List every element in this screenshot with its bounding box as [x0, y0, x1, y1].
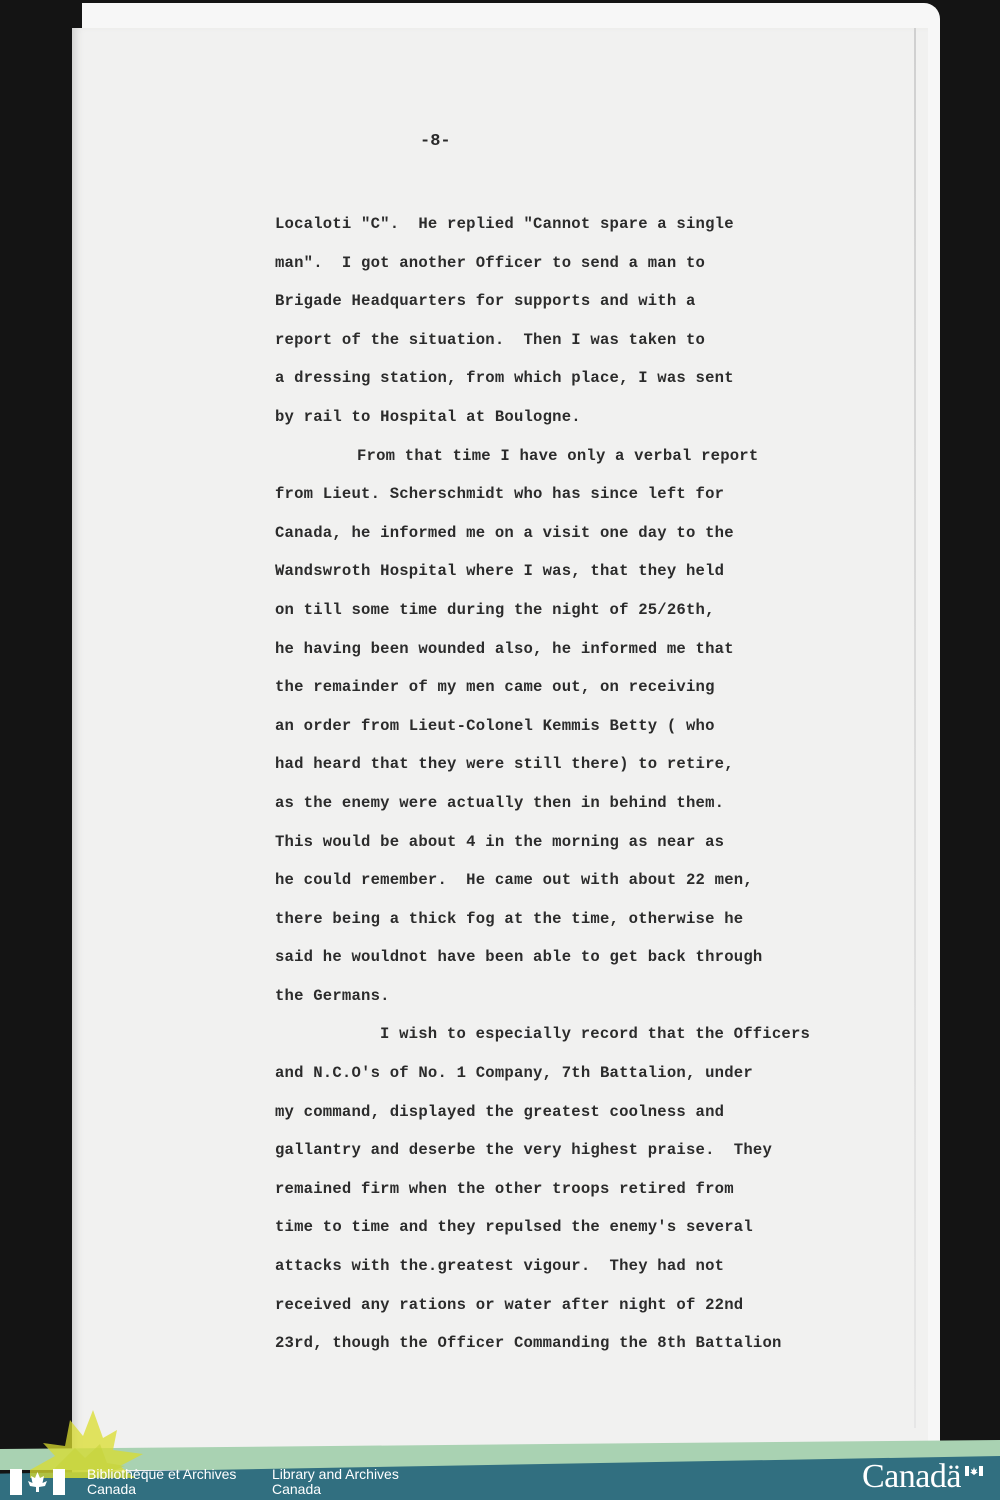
page-number: -8-: [420, 132, 451, 151]
text-line: report of the situation. Then I was take…: [275, 321, 895, 360]
text-line: a dressing station, from which place, I …: [275, 359, 895, 398]
text-line: gallantry and deserbe the very highest p…: [275, 1131, 895, 1170]
text-line: from Lieut. Scherschmidt who has since l…: [275, 475, 895, 514]
agency-fr-line1: Bibliothèque et Archives: [87, 1467, 236, 1482]
text-line: This would be about 4 in the morning as …: [275, 823, 895, 862]
canada-wordmark: Canadä: [862, 1458, 961, 1496]
text-line: he could remember. He came out with abou…: [275, 861, 895, 900]
typed-body-text: Localoti "C". He replied "Cannot spare a…: [275, 205, 895, 1363]
text-line: man". I got another Officer to send a ma…: [275, 244, 895, 283]
text-line: there being a thick fog at the time, oth…: [275, 900, 895, 939]
text-line: said he wouldnot have been able to get b…: [275, 938, 895, 977]
text-line: remained firm when the other troops reti…: [275, 1170, 895, 1209]
text-line: the Germans.: [275, 977, 895, 1016]
agency-en-line1: Library and Archives: [272, 1467, 399, 1482]
text-line: time to time and they repulsed the enemy…: [275, 1208, 895, 1247]
canada-flag-icon: [10, 1469, 65, 1495]
text-line: an order from Lieut-Colonel Kemmis Betty…: [275, 707, 895, 746]
text-line: received any rations or water after nigh…: [275, 1286, 895, 1325]
text-line: Brigade Headquarters for supports and wi…: [275, 282, 895, 321]
text-line: and N.C.O's of No. 1 Company, 7th Battal…: [275, 1054, 895, 1093]
text-line: the remainder of my men came out, on rec…: [275, 668, 895, 707]
text-line: my command, displayed the greatest cooln…: [275, 1093, 895, 1132]
wordmark-flag-icon: [965, 1466, 983, 1476]
text-line: attacks with the.greatest vigour. They h…: [275, 1247, 895, 1286]
text-line: by rail to Hospital at Boulogne.: [275, 398, 895, 437]
text-line: on till some time during the night of 25…: [275, 591, 895, 630]
text-line: he having been wounded also, he informed…: [275, 630, 895, 669]
agency-name-french: Bibliothèque et Archives Canada: [87, 1467, 236, 1497]
agency-en-line2: Canada: [272, 1482, 399, 1497]
paragraph-start-line: From that time I have only a verbal repo…: [275, 437, 895, 476]
text-line: had heard that they were still there) to…: [275, 745, 895, 784]
text-line: Wandswroth Hospital where I was, that th…: [275, 552, 895, 591]
text-line: Canada, he informed me on a visit one da…: [275, 514, 895, 553]
text-line: Localoti "C". He replied "Cannot spare a…: [275, 205, 895, 244]
text-line: as the enemy were actually then in behin…: [275, 784, 895, 823]
text-line: 23rd, though the Officer Commanding the …: [275, 1324, 895, 1363]
agency-name-english: Library and Archives Canada: [272, 1467, 399, 1497]
page-fold-line: [914, 28, 916, 1428]
paragraph-start-line: I wish to especially record that the Off…: [275, 1015, 895, 1054]
agency-fr-line2: Canada: [87, 1482, 236, 1497]
